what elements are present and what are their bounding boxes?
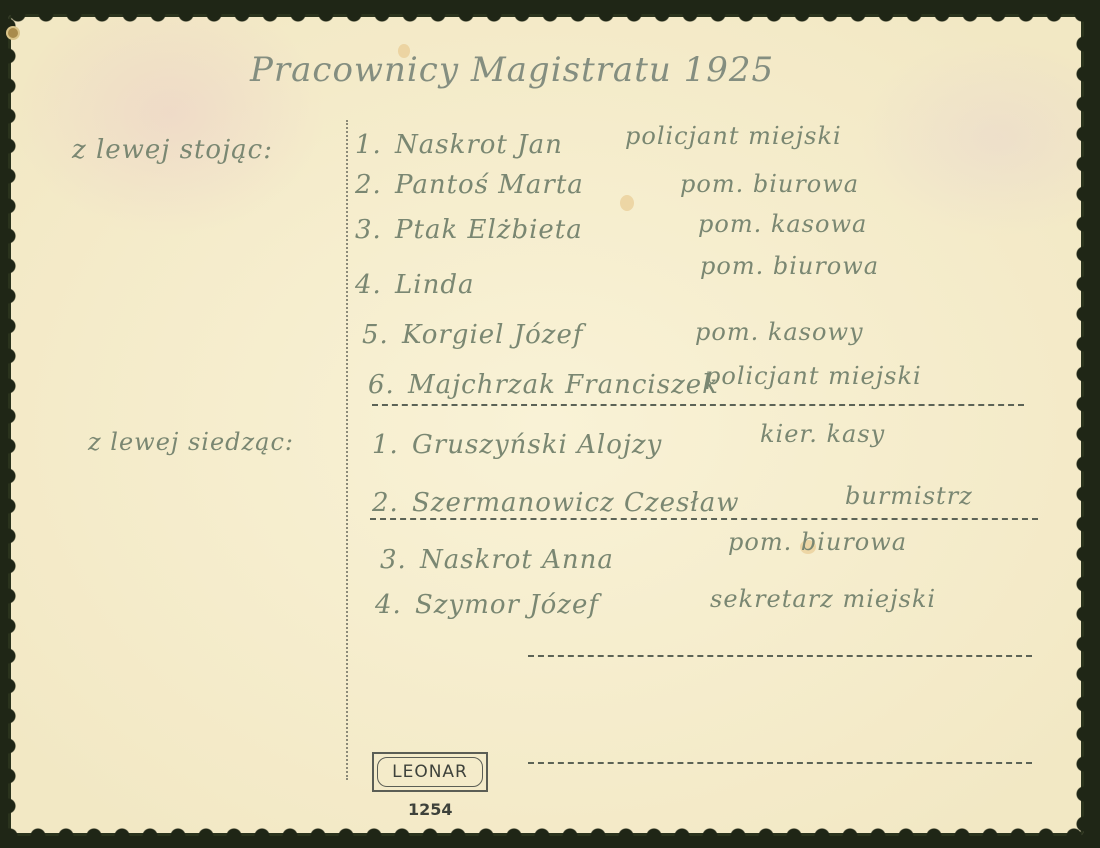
entry-name: Majchrzak Franciszek [408, 370, 719, 400]
deckled-edge-top [8, 14, 1084, 24]
standing-label: z lewej stojąc: [72, 135, 273, 165]
deckled-edge-right [1074, 14, 1084, 836]
standing-entry-2: 2.Pantoś Marta [355, 170, 584, 200]
standing-role-5: pom. kasowy [695, 318, 864, 346]
standing-role-3: pom. kasowa [698, 210, 867, 238]
standing-role-2: pom. biurowa [680, 170, 859, 198]
deckled-edge-left [8, 14, 18, 836]
stain [620, 195, 634, 211]
sitting-role-3: pom. biurowa [728, 528, 907, 556]
sitting-role-4: sekretarz miejski [710, 585, 936, 613]
standing-role-6: policjant miejski [705, 362, 922, 390]
entry-name: Pantoś Marta [395, 170, 584, 200]
entry-number: 3. [355, 215, 395, 245]
dotted-rule [372, 404, 1024, 406]
entry-number: 3. [380, 545, 420, 575]
standing-role-4: pom. biurowa [700, 252, 879, 280]
sitting-role-2: burmistrz [845, 482, 973, 510]
standing-entry-3: 3.Ptak Elżbieta [355, 215, 583, 245]
entry-name: Naskrot Jan [395, 130, 563, 160]
sitting-label: z lewej siedząc: [88, 428, 294, 456]
entry-number: 4. [355, 270, 395, 300]
entry-name: Ptak Elżbieta [395, 215, 583, 245]
photographer-stamp: LEONAR [372, 752, 488, 792]
standing-role-1: policjant miejski [625, 122, 842, 150]
page-title: Pracownicy Magistratu 1925 [250, 50, 774, 90]
entry-number: 6. [368, 370, 408, 400]
entry-name: Gruszyński Alojzy [412, 430, 662, 460]
entry-name: Korgiel Józef [402, 320, 584, 350]
print-number: 1254 [408, 800, 453, 819]
dotted-rule [370, 518, 1038, 520]
deckled-edge-bottom [8, 826, 1084, 836]
entry-number: 2. [372, 488, 412, 518]
vertical-dotted-divider [346, 120, 348, 780]
standing-entry-6: 6.Majchrzak Franciszek [368, 370, 719, 400]
sitting-entry-4: 4.Szymor Józef [375, 590, 599, 620]
stamp-text: LEONAR [377, 757, 483, 787]
entry-number: 1. [355, 130, 395, 160]
standing-entry-5: 5.Korgiel Józef [362, 320, 584, 350]
pin-hole [8, 28, 18, 38]
entry-name: Naskrot Anna [420, 545, 614, 575]
sitting-role-1: kier. kasy [760, 420, 885, 448]
standing-entry-1: 1.Naskrot Jan [355, 130, 563, 160]
entry-number: 4. [375, 590, 415, 620]
dotted-rule [528, 655, 1032, 657]
entry-number: 2. [355, 170, 395, 200]
entry-name: Szymor Józef [415, 590, 599, 620]
entry-number: 1. [372, 430, 412, 460]
sitting-entry-1: 1.Gruszyński Alojzy [372, 430, 662, 460]
sitting-entry-3: 3.Naskrot Anna [380, 545, 614, 575]
entry-name: Linda [395, 270, 474, 300]
standing-entry-4: 4.Linda [355, 270, 474, 300]
sitting-entry-2: 2.Szermanowicz Czesław [372, 488, 739, 518]
dotted-rule [528, 762, 1032, 764]
entry-name: Szermanowicz Czesław [412, 488, 739, 518]
entry-number: 5. [362, 320, 402, 350]
